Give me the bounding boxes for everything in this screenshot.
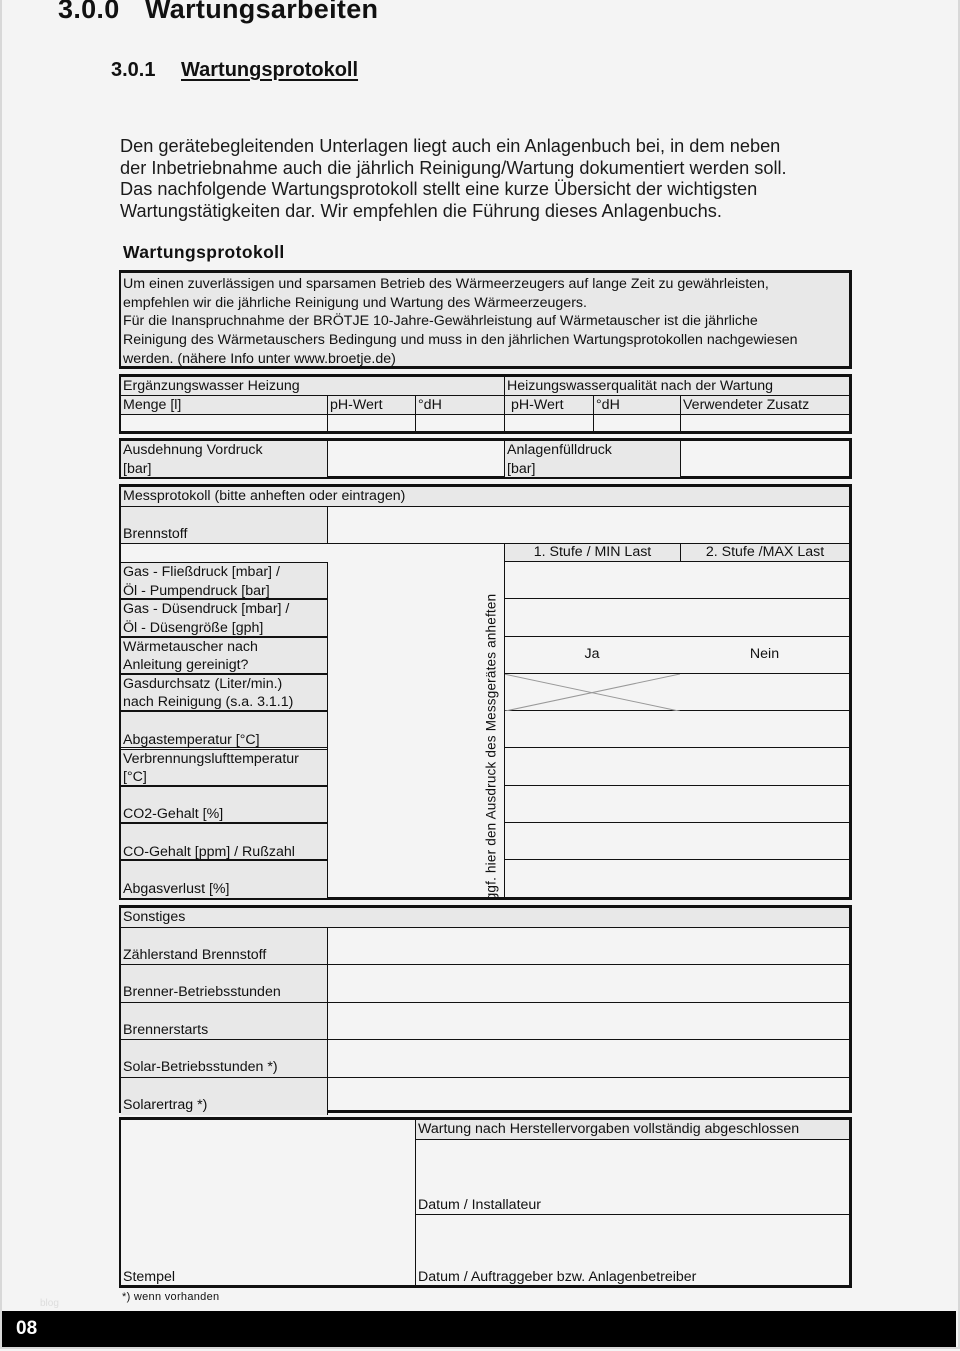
intro-line: Wartungstätigkeiten dar. Wir empfehlen d… [120,201,849,223]
notice-line: Für die Inanspruchnahme der BRÖTJE 10-Ja… [123,312,847,331]
ph-before-input[interactable] [327,415,415,432]
col-dh-before: °dH [415,396,504,415]
measurement-row-label: CO-Gehalt [ppm] / Rußzahl [121,823,327,860]
col-ph-after: pH-Wert [504,396,593,415]
other-row-label-text: Brenner-Betriebsstunden [123,983,281,1002]
measurement-row-label-line [123,712,327,731]
other-row-label-text: Brennerstarts [123,1021,208,1040]
dh-before-input[interactable] [415,415,504,432]
stamp-label: Stempel [123,1268,175,1287]
notice-line: empfehlen wir die jährliche Reinigung un… [123,294,847,313]
intro-line: der Inbetriebnahme auch die jährlich Rei… [120,158,849,180]
chapter-number: 3.0.0 [58,0,145,25]
measurement-row-label: Abgastemperatur [°C] [121,711,327,748]
expansion-pressure-unit: [bar] [123,460,327,479]
measurement-min-input[interactable] [504,711,680,748]
measurement-row-label-line: Öl - Düsengröße [gph] [123,619,327,638]
col-dh-after: °dH [593,396,680,415]
other-row-input[interactable] [327,1078,849,1115]
measurement-row-label-line: CO2-Gehalt [%] [123,805,327,824]
fill-pressure-label-line: Anlagenfülldruck [507,441,680,460]
other-row-input[interactable] [327,1040,849,1077]
other-row-input[interactable] [327,928,849,965]
installer-label: Datum / Installateur [418,1196,541,1215]
form-title: Wartungsprotokoll [123,242,285,263]
fuel-input[interactable] [327,507,849,544]
measurement-max-input[interactable] [680,823,849,860]
value-divider [504,562,505,898]
other-header: Sonstiges [121,908,849,928]
section-title: Wartungsprotokoll [181,59,358,81]
notice-line: Um einen zuverlässigen und sparsamen Bet… [123,275,847,294]
measurement-min-input[interactable] [504,599,680,636]
notice-box: Um einen zuverlässigen und sparsamen Bet… [119,270,852,369]
col-min-load: 1. Stufe / MIN Last [504,544,680,562]
printout-hint: ggf. hier den Ausdruck des Messgerätes a… [480,600,502,894]
measurement-min-input[interactable] [504,562,680,599]
measurement-row-label: Abgasverlust [%] [121,860,327,897]
col-additive: Verwendeter Zusatz [680,396,849,415]
client-label: Datum / Auftraggeber bzw. Anlagenbetreib… [418,1268,696,1287]
section-number: 3.0.1 [111,59,181,82]
additive-input[interactable] [680,415,849,432]
fill-pressure-label: Anlagenfülldruck [bar] [504,441,680,477]
crossed-out-icon [504,674,680,711]
fuel-label-text: Brennstoff [123,525,187,544]
page-number: 08 [16,1318,37,1340]
measurement-max-input[interactable] [680,562,849,599]
other-row-label: Brennerstarts [121,1003,327,1040]
other-row-input[interactable] [327,965,849,1002]
measurement-max-input[interactable] [680,711,849,748]
fuel-label: Brennstoff [121,507,327,544]
measurement-row-label-line [123,787,327,806]
footer-bar: 08 [2,1311,956,1347]
printout-divider [327,562,328,898]
other-table: Sonstiges Zählerstand BrennstoffBrenner-… [119,905,852,1113]
other-row-input[interactable] [327,1003,849,1040]
measurement-row-label: CO2-Gehalt [%] [121,786,327,823]
measurement-max-input[interactable] [680,674,849,711]
measurement-header: Messprotokoll (bitte anheften oder eintr… [121,487,849,507]
measurement-row-label-line: Gas - Düsendruck [mbar] / [123,600,327,619]
measurement-max-input[interactable]: Nein [680,637,849,674]
measurement-row-label: Gasdurchsatz (Liter/min.)nach Reinigung … [121,674,327,711]
chapter-heading: 3.0.0Wartungsarbeiten [58,0,378,25]
other-row-label: Solarertrag *) [121,1078,327,1115]
measurement-min-input[interactable] [504,749,680,786]
other-row-label: Solar-Betriebsstunden *) [121,1040,327,1077]
measurement-row-label: Gas - Düsendruck [mbar] /Öl - Düsengröße… [121,599,327,636]
measurement-max-input[interactable] [680,749,849,786]
footnote: *) wenn vorhanden [122,1291,219,1303]
measurement-max-input[interactable] [680,599,849,636]
watermark: blog [40,1298,59,1309]
notice-line: Reinigung des Wärmetauschers Bedingung u… [123,331,847,350]
measurement-row-label: Gas - Fließdruck [mbar] /Öl - Pumpendruc… [121,562,327,599]
other-row-label-text: Zählerstand Brennstoff [123,946,266,965]
ph-after-input[interactable] [504,415,593,432]
measurement-row-label-line: Wärmetauscher nach [123,638,327,657]
measurement-row-label-line: Verbrennungslufttemperatur [123,750,327,769]
menge-input[interactable] [121,415,327,432]
measurement-row-label-line: Gasdurchsatz (Liter/min.) [123,675,327,694]
intro-paragraph: Den gerätebegleitenden Unterlagen liegt … [120,136,849,222]
measurement-row-label-line: Abgasverlust [%] [123,880,327,899]
fill-pressure-unit: [bar] [507,460,680,479]
measurement-row-label-line: nach Reinigung (s.a. 3.1.1) [123,693,327,712]
notice-line: werden. (nähere Info unter www.broetje.d… [123,350,847,369]
measurement-row-label-line [123,861,327,880]
intro-line: Den gerätebegleitenden Unterlagen liegt … [120,136,849,158]
measurement-row-label-line: Anleitung gereinigt? [123,656,327,675]
signoff-table: Stempel Wartung nach Herstellervorgaben … [119,1117,852,1288]
section-heading: 3.0.1Wartungsprotokoll [111,59,358,82]
stamp-field[interactable]: Stempel [121,1120,415,1286]
client-signature-field[interactable]: Datum / Auftraggeber bzw. Anlagenbetreib… [415,1215,849,1286]
measurement-max-input[interactable] [680,860,849,897]
fill-pressure-input[interactable] [680,441,849,477]
col-menge: Menge [l] [121,396,327,415]
measurement-min-input[interactable] [504,823,680,860]
measurement-row-label-line: Öl - Pumpendruck [bar] [123,582,327,601]
measurement-row-label-line: Abgastemperatur [°C] [123,731,327,750]
measurement-row-label-line: [°C] [123,768,327,787]
water-left-header: Ergänzungswasser Heizung [121,377,504,396]
expansion-pressure-label-line: Ausdehnung Vordruck [123,441,327,460]
measurement-min-input[interactable]: Ja [504,637,680,674]
chapter-title: Wartungsarbeiten [145,0,378,24]
measurement-row-label-line [123,824,327,843]
dh-after-input[interactable] [593,415,680,432]
measurement-row-label: Verbrennungslufttemperatur[°C] [121,749,327,786]
intro-line: Das nachfolgende Wartungsprotokoll stell… [120,179,849,201]
water-right-header: Heizungswasserqualität nach der Wartung [504,377,849,396]
col-max-load: 2. Stufe /MAX Last [680,544,849,562]
expansion-pressure-input[interactable] [327,441,504,477]
completed-header: Wartung nach Herstellervorgaben vollstän… [415,1120,849,1140]
pressure-table: Ausdehnung Vordruck [bar] Anlagenfülldru… [119,438,852,479]
measurement-min-input[interactable] [504,860,680,897]
other-row-label-text: Solar-Betriebsstunden *) [123,1058,278,1077]
printout-hint-text: ggf. hier den Ausdruck des Messgerätes a… [484,594,499,901]
measurement-min-input[interactable] [504,786,680,823]
other-row-label-text: Solarertrag *) [123,1096,207,1115]
col-ph-before: pH-Wert [327,396,415,415]
measurement-row-label-line: Gas - Fließdruck [mbar] / [123,563,327,582]
water-table: Ergänzungswasser Heizung Heizungswasserq… [119,374,852,434]
measurement-row-label: Wärmetauscher nachAnleitung gereinigt? [121,637,327,674]
measurement-max-input[interactable] [680,786,849,823]
other-row-label: Brenner-Betriebsstunden [121,965,327,1002]
installer-signature-field[interactable]: Datum / Installateur [415,1140,849,1215]
measurement-row-label-line: CO-Gehalt [ppm] / Rußzahl [123,843,327,862]
expansion-pressure-label: Ausdehnung Vordruck [bar] [121,441,327,477]
other-row-label: Zählerstand Brennstoff [121,928,327,965]
